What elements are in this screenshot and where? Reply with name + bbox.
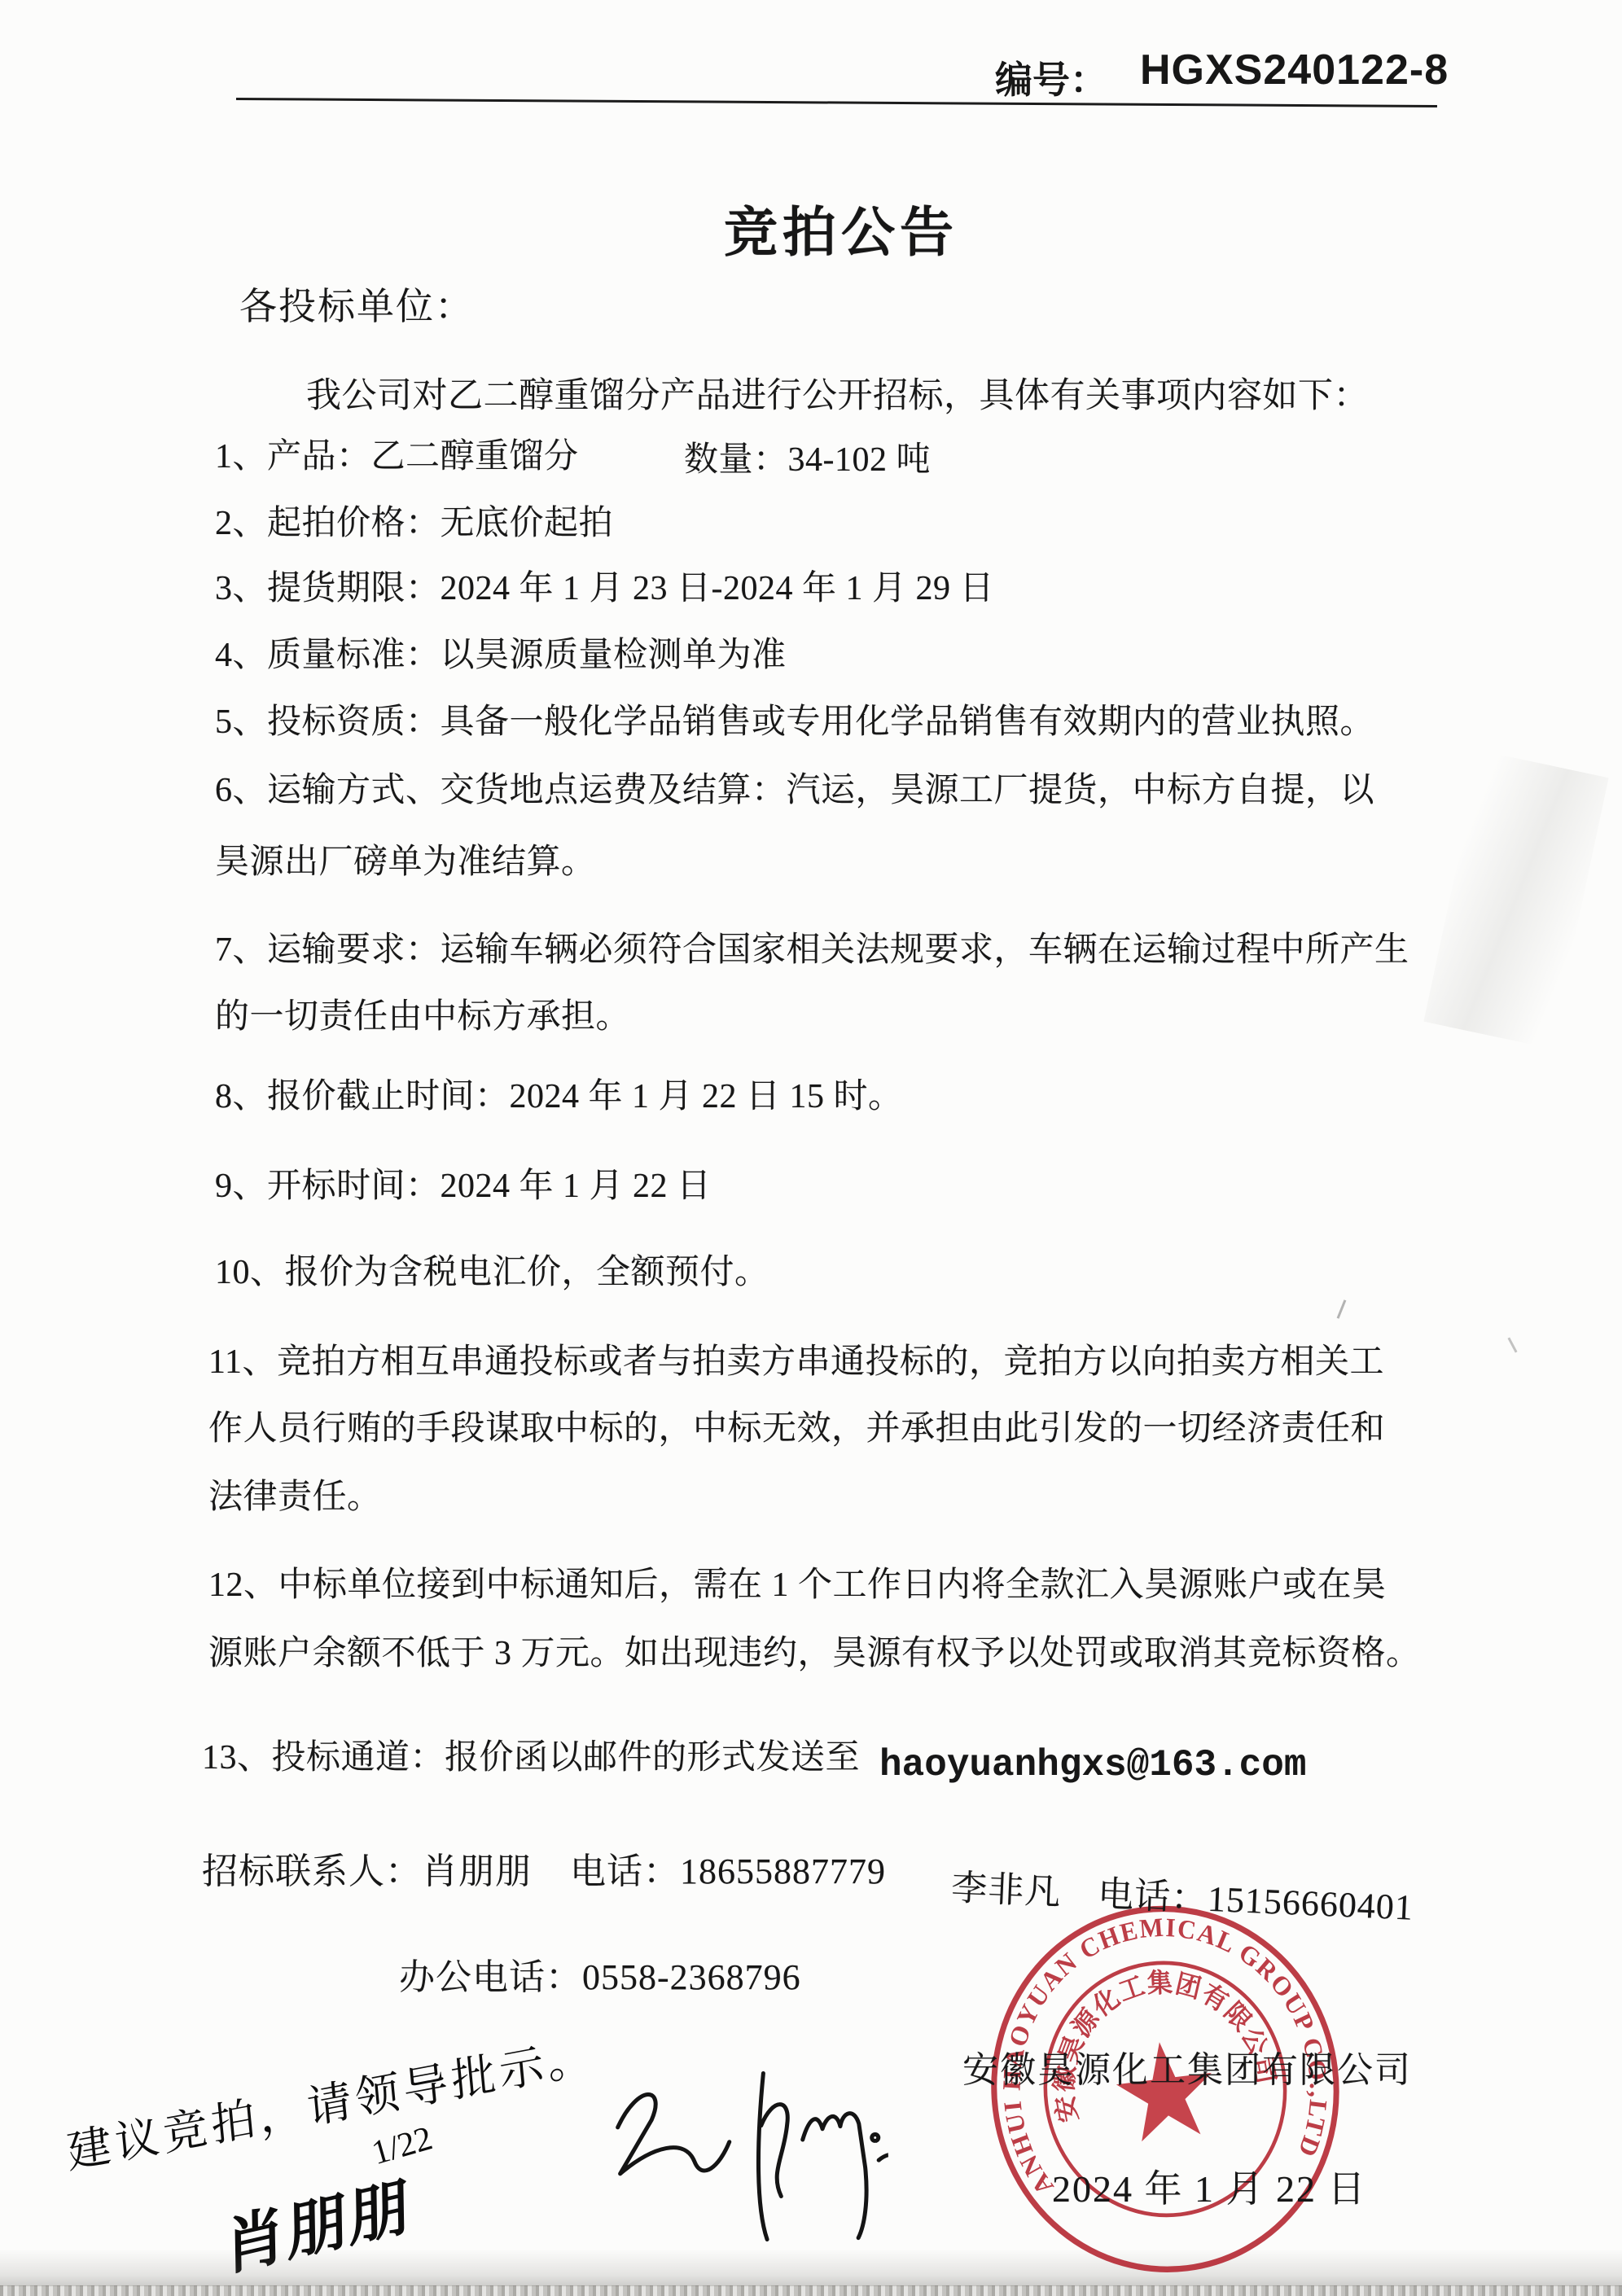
item-12-payment-line2: 源账户余额不低于 3 万元。如出现违约，昊源有权予以处罚或取消其竞标资格。 xyxy=(208,1637,1421,1671)
salutation: 各投标单位： xyxy=(239,277,474,331)
scanned-document-page: 编号： HGXS240122-8 竞拍公告 各投标单位： 我公司对乙二醇重馏分产… xyxy=(0,0,1622,2296)
item-10-price-terms: 10、报价为含税电汇价，全额预付。 xyxy=(215,1255,769,1290)
page-title: 竞拍公告 xyxy=(724,189,958,266)
item-7-requirement-line2: 的一切责任由中标方承担。 xyxy=(215,1000,630,1034)
office-phone: 办公电话：0558-2368796 xyxy=(399,1948,801,2000)
intro-paragraph: 我公司对乙二醇重馏分产品进行公开招标，具体有关事项内容如下： xyxy=(306,368,1369,418)
scan-speck-2 xyxy=(1507,1337,1517,1352)
handwritten-date-mark: 1/22 xyxy=(367,2119,436,2173)
item-11-collusion-line2: 作人员行贿的手段谋取中标的，中标无效，并承担由此引发的一切经济责任和 xyxy=(208,1412,1385,1446)
doc-number-code: HGXS240122-8 xyxy=(1140,46,1449,94)
scan-fold-streak xyxy=(1423,751,1608,1049)
item-1-quantity: 数量：34-102 吨 xyxy=(684,443,931,477)
header-underline xyxy=(236,98,1437,107)
bid-email: haoyuanhgxs@163.com xyxy=(879,1744,1307,1786)
item-6-transport-line2: 昊源出厂磅单为准结算。 xyxy=(215,845,596,879)
item-12-payment-line1: 12、中标单位接到中标通知后，需在 1 个工作日内将全款汇入昊源账户或在昊 xyxy=(208,1568,1387,1602)
item-3-pickup-period: 3、提货期限：2024 年 1 月 23 日-2024 年 1 月 29 日 xyxy=(215,572,994,606)
tender-contact-name: 招标联系人：肖朋朋 xyxy=(202,1842,532,1894)
scan-speck-1 xyxy=(1337,1299,1347,1318)
footer-company-name: 安徽昊源化工集团有限公司 xyxy=(962,2040,1412,2092)
item-11-collusion-line1: 11、竞拍方相互串通投标或者与拍卖方串通投标的，竞拍方以向拍卖方相关工 xyxy=(208,1345,1384,1379)
footer-date: 2024 年 1 月 22 日 xyxy=(1052,2159,1367,2213)
tender-contact-phone: 电话：18655887779 xyxy=(570,1842,886,1894)
cursive-signature-icon xyxy=(590,2036,893,2254)
doc-number-label: 编号： xyxy=(995,50,1107,104)
item-9-open-date: 9、开标时间：2024 年 1 月 22 日 xyxy=(215,1169,712,1203)
handwritten-approval-note: 建议竞拍，请领导批示。 xyxy=(64,2019,598,2181)
scan-bottom-edge xyxy=(0,2285,1622,2296)
item-5-qualification: 5、投标资质：具备一般化学品销售或专用化学品销售有效期内的营业执照。 xyxy=(215,705,1374,739)
scan-bottom-shadow xyxy=(0,2249,1622,2286)
item-8-deadline: 8、报价截止时间：2024 年 1 月 22 日 15 时。 xyxy=(215,1080,903,1114)
item-13-channel: 13、投标通道：报价函以邮件的形式发送至 xyxy=(202,1741,860,1775)
item-7-requirement-line1: 7、运输要求：运输车辆必须符合国家相关法规要求，车辆在运输过程中所产生 xyxy=(215,933,1409,967)
item-6-transport-line1: 6、运输方式、交货地点运费及结算：汽运，昊源工厂提货，中标方自提，以 xyxy=(215,773,1374,808)
item-2-start-price: 2、起拍价格：无底价起拍 xyxy=(215,506,613,541)
item-1-product: 1、产品：乙二醇重馏分 xyxy=(215,440,579,474)
item-4-quality: 4、质量标准：以昊源质量检测单为准 xyxy=(215,638,787,673)
item-11-collusion-line3: 法律责任。 xyxy=(208,1480,382,1514)
